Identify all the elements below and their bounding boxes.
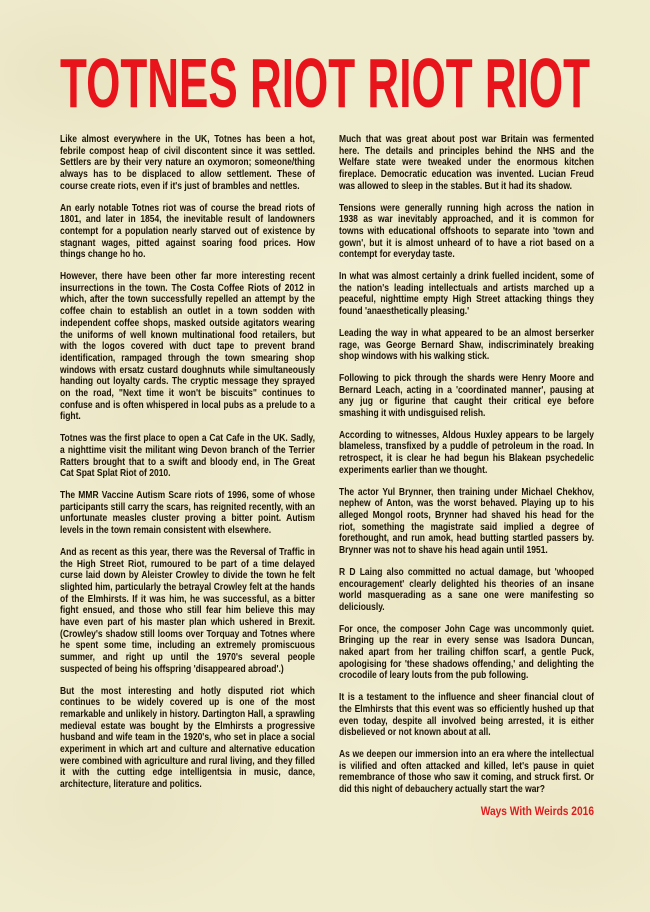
paragraph: For once, the composer John Cage was unc…	[339, 624, 594, 683]
paragraph: As we deepen our immersion into an era w…	[339, 749, 594, 796]
paragraph: An early notable Totnes riot was of cour…	[60, 203, 315, 262]
page-title: TOTNES RIOT RIOT RIOT	[60, 44, 590, 122]
right-column: Much that was great about post war Brita…	[339, 134, 594, 817]
paragraph: It is a testament to the influence and s…	[339, 692, 594, 739]
paragraph: Like almost everywhere in the UK, Totnes…	[60, 134, 315, 193]
right-column-paragraphs: Much that was great about post war Brita…	[339, 134, 594, 796]
footer-credit: Ways With Weirds 2016	[339, 806, 594, 818]
paragraph: Totnes was the first place to open a Cat…	[60, 433, 315, 480]
paragraph: However, there have been other far more …	[60, 271, 315, 423]
paragraph: The actor Yul Brynner, then training und…	[339, 487, 594, 557]
paragraph: R D Laing also committed no actual damag…	[339, 567, 594, 614]
paragraph: Much that was great about post war Brita…	[339, 134, 594, 193]
paragraph: Following to pick through the shards wer…	[339, 373, 594, 420]
paragraph: In what was almost certainly a drink fue…	[339, 271, 594, 318]
title-banner: TOTNES RIOT RIOT RIOT	[0, 0, 650, 125]
paragraph: Leading the way in what appeared to be a…	[339, 328, 594, 363]
paragraph: And as recent as this year, there was th…	[60, 547, 315, 676]
paragraph: According to witnesses, Aldous Huxley ap…	[339, 430, 594, 477]
paragraph: But the most interesting and hotly dispu…	[60, 686, 315, 791]
paragraph: The MMR Vaccine Autism Scare riots of 19…	[60, 490, 315, 537]
paragraph: Tensions were generally running high acr…	[339, 203, 594, 262]
left-column: Like almost everywhere in the UK, Totnes…	[60, 134, 315, 801]
